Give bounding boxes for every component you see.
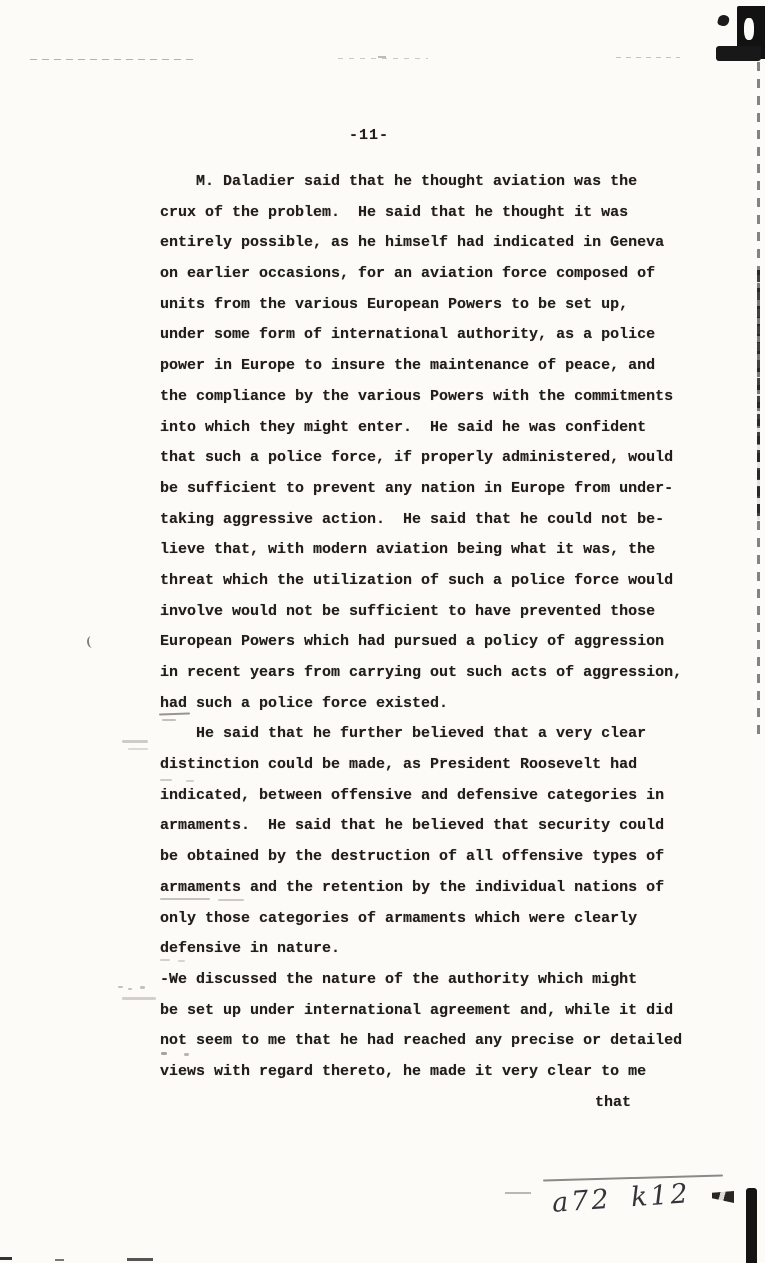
text-line: armaments and the retention by the indiv… — [160, 873, 740, 904]
pencil-smudge — [140, 986, 145, 989]
pencil-underline-armaments — [160, 898, 210, 900]
text-line: into which they might enter. He said he … — [160, 413, 740, 444]
text-line: in recent years from carrying out such a… — [160, 658, 740, 689]
scan-artifact-bottom-right-streak — [746, 1188, 757, 1263]
pencil-smudge — [128, 748, 148, 750]
scan-speck — [127, 1258, 153, 1261]
text-line: threat which the utilization of such a p… — [160, 566, 740, 597]
document-body: M. Daladier said that he thought aviatio… — [160, 167, 740, 1118]
text-line: indicated, between offensive and defensi… — [160, 781, 740, 812]
catchword: that — [160, 1088, 740, 1119]
text-line: armaments. He said that he believed that… — [160, 811, 740, 842]
scan-artifact-notch — [744, 18, 754, 40]
pencil-underline-had — [162, 719, 176, 721]
text-line: units from the various European Powers t… — [160, 290, 740, 321]
handwritten-annotation: a72 k12 — [551, 1178, 692, 1219]
text-line: entirely possible, as he himself had ind… — [160, 228, 740, 259]
scan-artifact-top-right-blob — [716, 46, 761, 61]
text-line: views with regard thereto, he made it ve… — [160, 1057, 740, 1088]
pencil-smudge — [160, 779, 172, 781]
pencil-underline-armaments — [218, 899, 244, 901]
pencil-smudge — [118, 986, 123, 988]
pencil-smudge — [186, 780, 194, 782]
text-line: the compliance by the various Powers wit… — [160, 382, 740, 413]
scan-artifact-right-edge-line-dark — [757, 270, 760, 520]
text-line: power in Europe to insure the maintenanc… — [160, 351, 740, 382]
text-line: on earlier occasions, for an aviation fo… — [160, 259, 740, 290]
page-number: -11- — [349, 127, 389, 144]
handwritten-dash — [505, 1192, 531, 1194]
pencil-smudge — [122, 997, 156, 1000]
text-line: crux of the problem. He said that he tho… — [160, 198, 740, 229]
scan-artifact-dotted-line — [30, 59, 198, 60]
scan-artifact-bottom-right-mark — [712, 1191, 734, 1203]
scan-speck — [55, 1259, 64, 1261]
scan-artifact-dotted-line — [338, 58, 428, 59]
text-line: be set up under international agreement … — [160, 996, 740, 1027]
handwritten-underline — [543, 1174, 723, 1181]
scan-artifact-top-right-dot — [717, 14, 730, 27]
text-line: be sufficient to prevent any nation in E… — [160, 474, 740, 505]
text-line: involve would not be sufficient to have … — [160, 597, 740, 628]
pencil-underline-not-seem — [184, 1053, 189, 1056]
text-line: had such a police force existed. — [160, 689, 740, 720]
margin-pencil-mark — [86, 636, 95, 649]
pencil-smudge — [128, 988, 132, 990]
pencil-underline-not-seem — [161, 1052, 167, 1055]
scanned-document-page: -11- M. Daladier said that he thought av… — [0, 0, 765, 1263]
pencil-smudge — [122, 740, 148, 743]
scan-speck — [0, 1257, 12, 1260]
pencil-smudge — [160, 959, 170, 961]
text-line: taking aggressive action. He said that h… — [160, 505, 740, 536]
text-line: M. Daladier said that he thought aviatio… — [160, 167, 740, 198]
text-line: be obtained by the destruction of all of… — [160, 842, 740, 873]
text-line: -We discussed the nature of the authorit… — [160, 965, 740, 996]
text-line: distinction could be made, as President … — [160, 750, 740, 781]
text-line: under some form of international authori… — [160, 320, 740, 351]
text-line: European Powers which had pursued a poli… — [160, 627, 740, 658]
text-line: that such a police force, if properly ad… — [160, 443, 740, 474]
scan-speck — [378, 56, 386, 58]
text-line: He said that he further believed that a … — [160, 719, 740, 750]
scan-artifact-dotted-line — [616, 57, 680, 58]
text-line: not seem to me that he had reached any p… — [160, 1026, 740, 1057]
text-line: lieve that, with modern aviation being w… — [160, 535, 740, 566]
text-line: only those categories of armaments which… — [160, 904, 740, 935]
pencil-smudge — [178, 960, 185, 962]
text-line: defensive in nature. — [160, 934, 740, 965]
